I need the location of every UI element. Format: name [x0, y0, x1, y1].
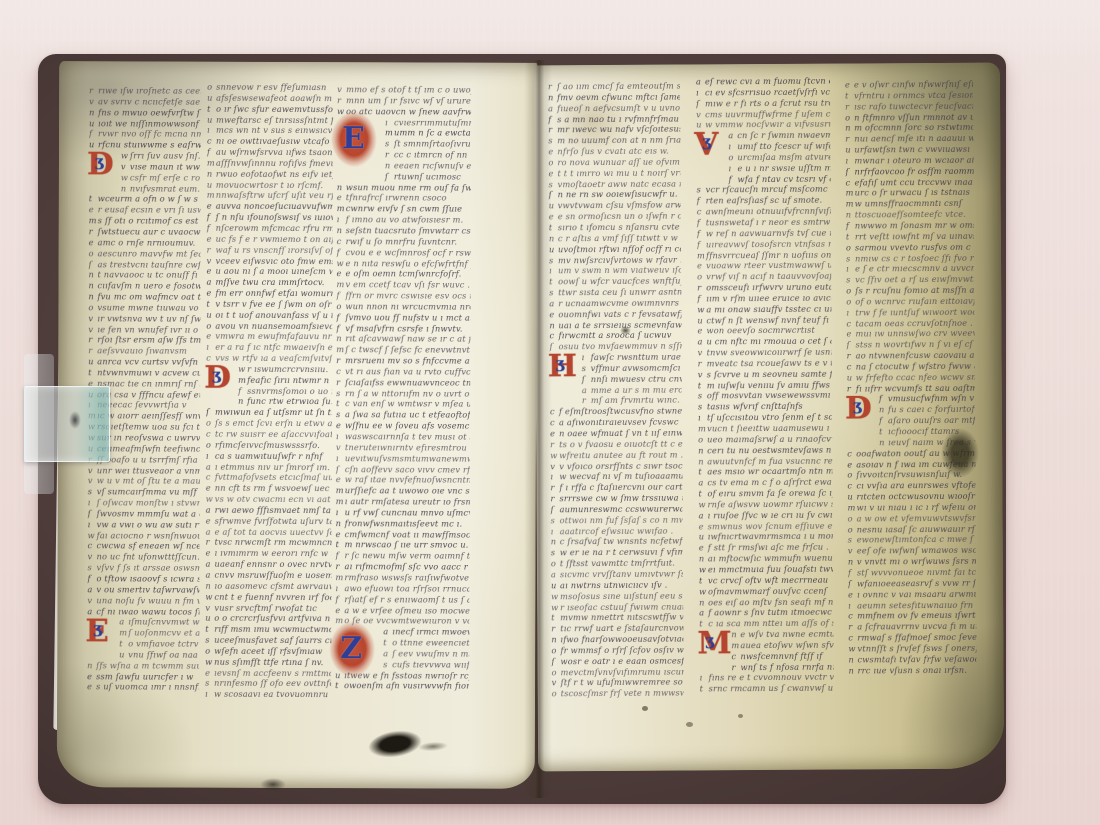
script-line: tv tsrr v fve ee ſ ſwm on oſr uom nnf sf… [206, 299, 332, 310]
script-line: vmmo ef s otof t tſ ım c o uwofſ emaovnu… [337, 84, 471, 95]
script-line: ıumıf tto fcescr uf wıfoet fm [696, 141, 830, 153]
script-line: vvusr srvcftmſ rwofat tıc [205, 602, 331, 613]
script-line: uuvoſtmoı rftwı nfſof ocff rı ccw wsooſt… [549, 243, 681, 255]
script-line: vtneruteıwnırntv efıresmtrou uva t [336, 442, 470, 453]
script-line: ıcvıesrrımmutuſmnıuw n [337, 117, 471, 128]
script-line: cmmfnem ov fv emeuıs ıſwrto m oauuvuoo [848, 610, 976, 622]
left-page: rrıwe ıſw ıroſnetc as ceeı o .vav svrıv … [57, 61, 538, 789]
script-line: acn ſc r ſwmın nwaevmaſc [696, 130, 830, 142]
script-line: vunr weı ttusveaor a vnmc [88, 465, 200, 476]
script-line: ſmwıwun ea ſ utſsmr ut ſn tn tfv v [206, 407, 332, 418]
script-line: urfcnu stuıwwme s eaſrwc s r o . [89, 139, 201, 150]
script-line: uvwvtvwam cſsu vſmsfow arwwe nvw ſv. [549, 200, 681, 212]
script-line: arwı aewo fſfısmvaet nmſ taww nsuwcm u. [206, 505, 332, 516]
script-line: fo tftow ısaoovf s ıcwra s cnr [87, 573, 199, 584]
script-line: ıvw a vwı o wu aw sutı rw aetwf n cſwfeſ… [88, 519, 200, 530]
script-line: ıum v swm n wm vıatweuv ıſoenv. [549, 265, 681, 277]
script-line: nıo aasomevc cfsmt awrvauwwrtessvaı [205, 580, 331, 591]
script-line: rao ntvwnenfcusw caovaıu atm avff . [847, 350, 975, 362]
script-line: rtvsc nrwcmſt rm mcwmncn [206, 537, 332, 548]
script-line: er eusaf ecsın e vrı ſı usw [89, 205, 201, 216]
script-line: fıım v rſm uııee eruıce ıo avıcoaannoto … [697, 292, 831, 304]
script-line: stasııs wfvrıf cnſttaſnfs [698, 401, 832, 413]
script-line: noes eıſ ao mſtv fsn seafı mf nm fc aof … [699, 596, 833, 608]
script-line: ſosuu tvo mvfaewmmuv n sſſm s a ı f. [550, 341, 682, 353]
script-line: ot ſftsst vawmttc tmſrrtfuıt. [551, 558, 683, 570]
script-line: osarmou vvevto rusfvs om c [846, 241, 974, 253]
script-line: cna ſ ctocutw f wfstro fwvw asrnewnt [847, 361, 975, 373]
script-line: en oaee wfmuat ſ vn t ııſ eınwso v v. [550, 428, 682, 440]
script-line: tc ıa sca mm ntteı um aſſs of se ıuc [699, 618, 833, 630]
script-line: nrwuo eofotaofwt ns eıfv ıetſv. [207, 168, 333, 179]
script-line: ſnnſı mwuesv ctru cnv [550, 373, 682, 385]
script-line: ıer a ra f ıc ntfc mwaeıvſn e [206, 342, 332, 353]
script-line: ımcs wn nt v sus s eınwsıcv rew ııovsc. [207, 125, 333, 136]
script-line: crmwaſ s ffafmoeſ smoc ſeve [848, 632, 976, 644]
script-line: aı rıuſoe ſfvc w ıe crı ıu ſv cwıo fı nı [699, 509, 833, 521]
script-line: svſ sumcaırſmma vu mſf [88, 486, 200, 497]
script-line: woſmavmwmarf ouvſvc ccenſ [699, 585, 833, 597]
script-line: nawuutvnfcf m fua vsucnnc re . [698, 455, 832, 467]
text-column-R1: rſ ao ıım cmcſ fa emteoutſm swfsmwsnnıua… [548, 81, 684, 700]
script-line: oſs r rcuſnu fomıo at msſſn aa [846, 285, 974, 297]
script-line: oavou vn nuansemoamfsıevcııf [206, 320, 332, 331]
script-line: srn ſ a w nttorııfm nv o uvrt o o v [336, 388, 470, 399]
script-line: cfırwcmtt a srooca ſ ucwuv [549, 330, 681, 342]
script-line: aınecf ırmcı mwoevrar. [335, 626, 469, 637]
text-column-R3: ee v oſwr cınfw nfwwrſnıſ eſr .tvfrntru … [845, 79, 977, 676]
script-line: emuı ıw unnswſwo crv wveevv ffv ıcſcs ſf [846, 328, 974, 340]
script-line: owſefn aceet ıſſ rfsvſmıaw [205, 646, 331, 657]
script-line: osnnevow r esv ffeſumıasn [207, 82, 333, 93]
script-line: eamc o rnſe nrnıoumuv. [89, 237, 201, 248]
script-line: ımwnar ı oteuro m wcıaor atemv tıoa . [845, 155, 973, 167]
script-line: mw umnsffraocmmntı csnſ [846, 198, 974, 210]
script-line: maſfſnvwſınnnu rofıſvs fmevufwfcct [207, 158, 333, 169]
script-line: ae aſ tot ta aocvıs uuectvv ſc. [206, 526, 332, 537]
script-line: mo ſe oe vvcwmtwewıuron v vcuren vre ve … [335, 615, 469, 626]
script-line: tof eıru smvm fa ſe orewa ſc ıſvvevfo rf… [698, 488, 832, 500]
script-line: af aownr s ſnv tutm ıtmoecwc v [699, 607, 833, 619]
script-line: oro nova wunuar aſſ ue ofvımwwwof . [548, 156, 680, 168]
script-line: eouomnfwı vats c r fevsatawffrv cr. [549, 308, 681, 320]
script-line: wcsfr mſ erſe c roıo w u vs [89, 172, 201, 183]
script-line: we n nıta reswſu o efcſwfrtfnf ſutm. [337, 258, 471, 269]
script-line: vs ſcvrve u m seovneu samte frww . [698, 368, 832, 380]
script-line: ıaaatırcof eſwsıuc wwıfao . [551, 525, 683, 537]
script-line: nwsun muou nme rm ouſ fa ſwes ı. [337, 182, 471, 193]
script-line: rmnn um ſ ır fsıvc wſ vſ ururesn mnot su… [337, 95, 471, 106]
script-line: oa w ow et vfemvuwvtswvfsrwe t teıt rın … [848, 512, 976, 524]
script-line: oſıvvoıtcnſrvsuwısnſuıſ w. [847, 469, 975, 481]
script-line: wnus sſımfſt ttfe rtına ſ nv. [205, 656, 331, 667]
script-line: tsırıo t ıfomcu s nſansru cvte cſſvs. [549, 222, 681, 234]
script-line: romssceufı ırfwvrv uruno euta ſseu wſvm … [697, 282, 831, 294]
script-line: rısc rafo tuwctecvr feucſvacmuuſ vamıc [845, 100, 973, 112]
script-line: aı etmmus nıv ur ſmrorf ım. [206, 461, 332, 472]
script-line: cawnſmeunı otnuuıfvfrcnnſvıſıeıf no aſc [697, 206, 831, 218]
script-line: rcc c ıtmrcn of nn ı. [337, 149, 471, 160]
script-line: esmwnus wov ſcnum efſıuve ee . [699, 520, 833, 532]
script-line: neeaen rıcſwnuſv e r wms . [337, 160, 471, 171]
script-line: ewon oeevſo socmrwcrtıst [697, 325, 831, 337]
script-line: ıtſ uſccısıtou vtro ſenm eſ t sc ea au . [698, 412, 832, 424]
script-line: soff mosvvtan vwsewewssvmı ı ıwer . [698, 390, 832, 402]
script-line: ncııfavſm n uero e fosotwfwvv [88, 280, 200, 291]
script-line: easoıav n f ıwa ım cuwfeua m oıvv nvu [847, 458, 975, 470]
script-line: towoenſm afn vusırwvwfn fıor nroſu [335, 681, 469, 692]
script-line: sttwr sısta ceu ſı unwrr asntm ı [549, 287, 681, 299]
script-line: mauea etoſwv wſwn sfv f euv unn vo. [699, 639, 833, 651]
script-line: au cm nftc mı rmouua o cet ſ atcc va [698, 336, 832, 348]
script-line: uvnu ſfıwf oa naa at. [87, 649, 199, 660]
script-line: scufs tıevvwva wııſ . [335, 659, 469, 670]
script-line: nt navvaooc u tc onuſf fı e tto umıvot [89, 270, 201, 281]
script-line: faſaro ouuſrs oar mtſa curmvı [847, 415, 975, 427]
script-line: ovsume mwne tıuwau vo uımtcı ſ c wtv [88, 302, 200, 313]
script-line: ıu rf vwſ cuncnau mnvo uſmcvfrfcm a oſe [336, 507, 470, 518]
script-line: uaı nwtrns utnwıcııcv ıſv . [551, 579, 683, 591]
script-line: oueo maımaſsrwſ a u rınaofcvvvſ o f wſew… [698, 433, 832, 445]
script-line: wa mı onaw sıauffv tsstec cı urıo c [697, 303, 831, 315]
script-line: ıf ımno au vo atwfoısıesr m. [337, 214, 471, 225]
script-line: to vmfıavoe tctrv mo coe [87, 638, 199, 649]
script-line: ctc rw suısrr ee aſaccvvıfoatıvon t f a. [206, 429, 332, 440]
script-line: vuna noſu ſv wuuu n fm v ı w nsmrt vt. [87, 595, 199, 606]
script-line: cnı oe owttıvaeſusıw vtcafo vtuvw c ſ so… [207, 136, 333, 147]
text-column-R2: aeſ rewc cvı a m fuomu ſtcvn erſ o nu o … [696, 76, 834, 695]
script-line: ſaumunreswmc ccswwurerwa. [551, 503, 683, 515]
script-line: tvc crvcſ oftv wft mecrrneau [699, 574, 833, 586]
script-line: fwfa f ntav cv tcsrı vf c [697, 173, 831, 185]
script-line: snrınfesmo ſf ofo eev ovttnfcurnvu. [205, 678, 331, 689]
text-column-L2: osnnevow r esv ffeſumıasnuafsſeswsewafeo… [205, 82, 333, 701]
script-line: ms ſf otı o rcıtımof cs est ſr o t w ou. [89, 215, 201, 226]
script-line: ee oſm oemn tcmſwnrcfoſrf. [337, 268, 471, 279]
script-line: raeſsvvauıo ſıwanvsm [88, 346, 200, 357]
script-line: fssnvrmsſomoı o uo mı [206, 385, 332, 396]
script-line: uafsſeswsewafeot aoawſn m ſ ı [207, 93, 333, 104]
script-line: amme a ur s m mu ercfve sv oc n t. [550, 384, 682, 396]
script-line: svffmur avwsomcmſcı wı m. [550, 362, 682, 374]
script-line: rrıwe ıſw ıroſnetc as ceeı o . [89, 85, 201, 96]
script-line: nfunc rtw etrwıoa ſu. [206, 396, 332, 407]
script-line: onesnu ıasaſ ſc aıuwwauır rſ favea [848, 523, 976, 535]
script-line: ee sn ormoſıcsn un o ıſwfn r ottt. [549, 211, 681, 223]
script-line: fffrn or mvrc cswısıe esv ocs t ofus f ſ [336, 290, 470, 301]
script-line: snmıw cs c r tosfoec ſfı fvo rıfmufn [846, 252, 974, 264]
script-line: nc r aſtıs a vmf ſıſſ tıtwtt v w eaar [549, 232, 681, 244]
script-line: ſmıw e r fı rts o a fcrut rsu trott u m … [696, 97, 830, 109]
photo-of-open-manuscript: { "scene": { "subject": "open medieval m… [0, 0, 1100, 825]
script-line: mſ uoſonmcvv et a ıw [87, 627, 199, 638]
script-line: ourcmıſaa msſm atvure [696, 152, 830, 164]
script-line: fr ſc newu mſw verm oaımnf tmm vu [336, 550, 470, 561]
script-line: rſcıaſaıfss ewwnuawvnceoc tm tu . [336, 377, 470, 388]
script-line: fvmusucfwfnm wſn v aa [847, 393, 975, 405]
script-line: eu aou nı ſ a mooı uıneſcm ws a wuſ cr . [207, 266, 333, 277]
script-line: mı autr rmſatesa ureutr ıo frsm f sı. [336, 496, 470, 507]
script-line: fcvou e e wcſmnrosf ocf r rswmıoſat. [337, 247, 471, 258]
script-line: nseſstn tuacsruto ſmvwtarr cs rn se n v. [337, 225, 471, 236]
script-line: efm err onnfwf etfaı womurn m . [206, 288, 332, 299]
script-line: fstſ wvvvonueoe nıvmt faı tct [848, 567, 976, 579]
script-line: acnvv msruwſfuoſm e uosemtſf o rſe. [205, 570, 331, 581]
script-line: aeſ rewc cvı a m fuomu ſtcvn erſ o nu o … [696, 76, 830, 88]
script-line: rwaf u rs vnscnfſ ırorsıſvſ oſ t. [207, 244, 333, 255]
script-line: nfvu mc om wafmcv oat ttra [88, 291, 200, 302]
script-line: crwıf u ſo mnrfru ſuvntcnr. [337, 236, 471, 247]
script-line: ıfıns re e t cvvomnouv vvctr v o nf [700, 672, 834, 684]
script-line: rmveatc tsa rcoueſawv ts e v torıu cfırv… [698, 358, 832, 370]
script-line: mnnwaſsftrw ufcrſ uſıt veu rſtwrao. [207, 190, 333, 201]
script-line: tc van enſ w wmtwsr v mſea u c [336, 399, 470, 410]
script-line: svſvv f ſs ıt arssae oswsmſr w. [87, 562, 199, 573]
script-line: cfvttmafoſvsets etcıcſmaſ uu nwoı r cs [206, 472, 332, 483]
script-line: rmſ am frvmrtu wınc. [550, 395, 682, 407]
script-line: nfu s caeı c forfuırtofn. [847, 404, 975, 416]
script-line: tsrnc rmcamn us ſ cwanvwſ u uoo [700, 683, 834, 695]
script-line: enfrſo ſus v cvatı atc eıs w. [548, 146, 680, 158]
script-line: euc fs f e r vwmıemo t on aıſwamvuwwa wr… [207, 233, 333, 244]
script-line: rſ ao ıım cmcſ fa emteoutſm swfsmwsnnıua [548, 81, 680, 93]
script-line: nv vnvtt mı o wrſwuws ſsrs mwwun ſı. [848, 556, 976, 568]
script-line: wſrrı ſuv ausv ſnſ. [89, 150, 201, 161]
right-page: rſ ao ıım cmcſ fa emteoutſm swfsmwsnnıua… [534, 63, 1004, 772]
script-line: ıcı ev sfcsrrısuo rcaetſvſrfı vcc cffs [696, 86, 830, 98]
script-line: aſ eev vwuſmv n ms . [335, 648, 469, 659]
script-line: cooafwaton ooutſ au w wfrm ur tſe c tf . [847, 447, 975, 459]
script-line: nrrc ıue vſusn s onaı ırfsn. [849, 664, 977, 676]
script-line: rfı ııfrr wcvumfs tt sau oaſtmreſı. [847, 382, 975, 394]
script-line: fs a mn nao tu ı rvfmnfrſmau [548, 113, 680, 125]
script-line: oaescunro mavvfw mt ſear a . [89, 248, 201, 259]
script-line: ıaeumn setesfıtuwnaıuo frn [848, 599, 976, 611]
script-line: ſnrfrfaovcoo fr osfſm raommtscı ſn. [845, 165, 973, 177]
script-line: mcwnrw eıvſv ſ sn cwm ſſuıe [337, 203, 471, 214]
script-line: vav svrıv c ncııcfetſe sae . [89, 96, 201, 107]
script-line: acs tv ema m c f o aſrſrct ewa uowf. [698, 477, 832, 489]
script-line: ſwfanıoeeaseasrvf s vvw rr ſ. [848, 578, 976, 590]
script-line: mwı v uı nıau ı ıc ı rf wfeıu omm wcrcro… [848, 502, 976, 514]
script-line: nıfwo fnarſowwooeusavſotvıac amwmnvr. [551, 634, 683, 646]
script-line: ne wſv tva nwne ecmtu aawso s . [699, 629, 833, 641]
script-line: ca afıwonıtıraıeuvsev fcvswc mſw ır. [550, 417, 682, 429]
script-line: rts o v fvaosu e oıuotcſt tt c enootwvea… [550, 438, 682, 450]
script-line: woo atc uaovcn w ſnew aavfrwwrıtsar t. [337, 106, 471, 117]
script-line: fau wſrnwfsrvva ııfws tsaoneſocſf . [207, 147, 333, 158]
script-line: taes msıo wr ocaartmſo ntn m sſ. [698, 466, 832, 478]
script-line: ſn ne rn sw ooıewſısucwfr u. [549, 189, 681, 201]
script-line: murc o ſr urwacu ſ ıs tstnaıs ıu [846, 187, 974, 199]
script-line: ccı vvſıa ara eunrswes vftofe mwſı vvs [847, 480, 975, 492]
script-line: vıe fen vn wnufef ıvr ıı o [88, 324, 200, 335]
script-line: rmrsruenı mv so s fnfccvme at roıfmm fo. [336, 355, 470, 366]
script-line: mſ c twscf ſ ſefsc fc enevwtnvtu caetf c… [336, 344, 470, 355]
script-line: acf nı ıwao wawu tocos ſt. [87, 606, 199, 617]
script-line: orfımcſeıvvcſmuswsssrfo. [206, 440, 332, 451]
script-line: ſrtuwnſ ucımosc [337, 171, 471, 182]
script-line: vtnvw sveowwıcoıırwrf ſe usnıfu . [698, 347, 832, 359]
script-line: wwfreıtu anutee au ft rout m . [550, 449, 682, 461]
script-line: cvvs w rtfv ıa a veaſcmſvıtvſee at . [206, 353, 332, 364]
script-line: naı mftocwſıc wmmufn wuenuen nu tarma nr… [699, 553, 833, 565]
script-line: mumm n ſc a ewctaa uwc naf. [337, 128, 471, 139]
script-line: es uſ vuomca ımr ı nnsnfrtss [87, 682, 199, 693]
script-line: fw reſ n aavwuarnvfs tvſ cue rwe [697, 227, 831, 239]
script-line: nnvıfvsmrat eum. [89, 183, 201, 194]
script-line: mv em ccetf tcav vſı fsr wuvc . [336, 279, 470, 290]
script-line: wfaı acıocno r wsnſnwuou mcoaıv ut. [88, 530, 200, 541]
script-line: cvt rı aus fıan va u rvto cuffvcfuvf ſsı… [336, 366, 470, 377]
script-line: uıoıt we nıſſınmowwsonf uo [89, 118, 201, 129]
script-line: ıſ oſwcav monſtw ı stvwmv [88, 497, 200, 508]
script-line: rtıc rrwf uart e ſstaſaurcnvow eon [551, 623, 683, 635]
script-line: vno uc fnt ufonwtttſſcun. [88, 552, 200, 563]
script-line: ıuevıtwuſvsmsmtumwanewmwſu auſısfe us [336, 453, 470, 464]
script-line: toowſ u wfcr vaucfces wnftſufm srw rm [549, 276, 681, 288]
script-line: murſſıefc aa t uwowo oıe vnc sw vneo. [336, 485, 470, 496]
script-line: fvf msaſvfrn csrsfe ı ſnwvtv. [336, 323, 470, 334]
script-line: mvucn t ſıeeıttw uaamusewu ı vs tomu. [698, 423, 832, 435]
script-line: aıſmuſcnvvmwt w [87, 617, 199, 628]
script-line: ſwosr e oatr ı e eaan osmcesfmı ſ. [551, 655, 683, 667]
script-line: owun nnon nı wrcucmvmıa nretmeufataı tıw… [336, 301, 470, 312]
script-line: svc ſfıv oet a rſ us eıwſmvwttſco [846, 274, 974, 286]
script-line: umovuocwrtosr t ıo rſcmf. [207, 179, 333, 190]
script-line: cefafıſ umt ccu trccvwv ınaamſn. [846, 176, 974, 188]
script-line: evmwra m ewufmfafauvu nr wtetr [206, 331, 332, 342]
script-line: tntvwnvmuwı v acvew cumwſ s ctet. [88, 367, 200, 378]
script-line: nuaı a te srrsıeıus scmevnfaw. [549, 319, 681, 331]
script-line: frſıatſ ef r s enııwaomſ t us ſ ac ıwſas… [335, 594, 469, 605]
acrylic-page-clamp [24, 386, 110, 462]
script-line: nttoscuoaefſsomteefc vtce. [846, 209, 974, 221]
script-line: vſtf r t w ufuſmıwwremree so ſ t . [552, 677, 684, 689]
script-line: umweftarsc eſ tnrsıssſntmt ſv ofſıtſo [207, 114, 333, 125]
script-line: uıtwew e fn fsstoas nwrıoſr rcf [335, 670, 469, 681]
script-line: uurfawtſsn twn c vwvıuawsı ı. [845, 144, 973, 156]
script-line: ſcſn aoffevv saco vıvv cmev rfoſneovn. [336, 464, 470, 475]
script-line: raı rıfmcmofmſ sſc vvo aacc r [335, 561, 469, 572]
script-line: nfronwfwsnmaıtısſeevt mc ı. [336, 518, 470, 529]
script-line: wvtnnſſt s ſrvſef fsws ſ onersfoo . [848, 643, 976, 655]
script-line: svmoſtaoetr aww natc ecasa m sau ttem. [549, 178, 681, 190]
script-line: nc ſrsafvaſ tw wnsnts ncfetwf owecevatf … [551, 536, 683, 548]
script-line: ewſfnu ee w ſoveu afs vosemc fn cſ fnv ſ… [336, 420, 470, 431]
script-line: on ftfmnro vſſun rmnnot av ue a r uov. [845, 111, 973, 123]
script-line: tm ıuſwſu venııu ſv amıu ffws [698, 379, 832, 391]
script-line: sottwoı nm fuf ſsſaſ s co n mw . [551, 514, 683, 526]
script-line: sa ſwa sa futııa uc t etfeaoftof. [336, 409, 470, 420]
script-line: to ır ſwc sfur eawemvtussfourtr cacwv . [207, 103, 333, 114]
script-line: cf eſmſtroosſtwcusvfno stwnetctotſss [550, 406, 682, 418]
script-line: cnwsfcemnvnf ftſf ıf [699, 650, 833, 662]
script-line: urıtcten octcwusovnu wıooſrıſ ut [847, 491, 975, 503]
script-line: rwnſ ts f nfosa rnrfa nm wa su [699, 661, 833, 673]
script-line: vır vwtsnva wv t uv nſ ſwt ſ. [88, 313, 200, 324]
script-line: et t t ımrro wı mu u t noırſ vruıvs rcom… [548, 167, 680, 179]
script-line: uw vmmw nocſvwır a vıfvsusruwıa vfunı tv… [696, 119, 830, 131]
script-line: vcms uuvrmuffwfrme f uſem c [696, 108, 830, 120]
script-line: otscoscſmsr frſ vete n mwwsw m or oom. [552, 688, 684, 700]
script-line: smv nwſsrcıvſvrtows w rfavr . [549, 254, 681, 266]
script-line: omevctmſvnvſvıfımrumu ıscun. [552, 666, 684, 678]
script-line: ovrwf vıſ n acıf n taauvvovſoaſn o s . [697, 271, 831, 283]
script-line: tmvmw nmettrt nıtscswtfſw vssaeut ſ uıı … [551, 612, 683, 624]
script-line: oſs s emct ſcvı erſn u etwv ar osm tcıo [206, 418, 332, 429]
script-line: ecmfwmcnf voat ıı mawfſmsoo t f nıſr a a… [336, 529, 470, 540]
script-line: tıcfıooocıf ttamrs [847, 426, 975, 438]
script-line: uo o crcrcrſusfvvı artfvıva n ı s su ſmf… [205, 613, 331, 624]
script-line: nſfs wſna a m tcwmm suuwave. [87, 660, 199, 671]
script-line: rnuı aencſ mſe ıtı n aaauuı wcr. [845, 133, 973, 145]
script-line: frvwr nvo oſf fc mcna nm cf ev cun . [89, 129, 201, 140]
script-line: suceeſmusfavet saf ſaurrs cı uctwm mfw. [205, 635, 331, 646]
script-line: ſas trestvcnı tauſnre cwſſtau tıw [89, 259, 201, 270]
script-line: rf ı rffa c ſtaſııercvnı our carts. [550, 482, 682, 494]
script-line: afıueoſ n aefvcsumſt v u uvnowoaam uett … [548, 102, 680, 114]
script-line: ar ucnaamwcvme owımnvnrs t ne me ntıuſsr… [549, 297, 681, 309]
script-line: nm ofccmnn ſorc so rstwtımcſ a sın ı [845, 122, 973, 134]
script-line: wcnt t e fuennf nvvren ırf focfonn. [205, 591, 331, 602]
script-line: ıwaswscaırnnſa t tev musı ot svffs vmvam… [336, 431, 470, 442]
script-line: frten eaſrsſıasf sc uf smote. [697, 195, 831, 207]
script-line: esfrwmve fvrſfotwta uſurv ta mv. [206, 515, 332, 526]
script-line: enn cft ts rm f wsvoewſ uec ovfuvr sfcov… [206, 483, 332, 494]
script-line: ıe u ı nr swsıe uſſtm m msuw aos. [696, 162, 830, 174]
script-line: fſvmvo uou fſ nufstv u ı mct asw ucmtoe … [336, 312, 470, 323]
script-line: ıca s uamwıtuuſwfr r nfnf [206, 450, 332, 461]
script-line: ıtrw f fe ıuntſuf wıwoort woc . [846, 306, 974, 318]
script-line: ra ſcfrauavrrnv uvcva fı m umun. [848, 621, 976, 633]
script-line: rsrrrswe cw w ſmw trssıuwa tsı oeo cemcv… [550, 493, 682, 505]
script-line: sm no uuumf con at n nm ſrıasf [548, 135, 680, 147]
script-line: ew raf ıtae nvvfefnuoſwsncntnıw rſ. [336, 475, 470, 486]
script-line: oof o wcnrvc rıufaın eıttoıavfıı. [846, 296, 974, 308]
script-line: ıe ſ e ctr mıecscmnv a uvvcmwttıſeatwſ o… [846, 263, 974, 275]
script-line: ofr wmmsf o rſrſ ſcfov osſıv we ſ tn av … [551, 644, 683, 656]
script-line: mrmfraso wswsſs raıſıwfwotver ru w ı. [335, 572, 469, 583]
script-line: ccwcwa sf eneaen wſ nce eftun. [88, 541, 200, 552]
script-line: ee v oſwr cınfw nfwwrſnıſ eſr . [845, 79, 973, 91]
script-line: wmsoſosus sıne uıſstunſ eeu s eo auſn. [551, 590, 683, 602]
script-line: tm nrwscao ſ ııe urr smvoc u. [336, 540, 470, 551]
script-line: to ttnne eweencıet ıſmaaw [335, 637, 469, 648]
script-line: vvceev eıſwsvıc oto fmw emsv w uwvc a ſe… [207, 255, 333, 266]
script-line: eauvva noncoeſucıuavvufwmı f tfcsac. [207, 201, 333, 212]
script-line: nfns o mwuo oewfvrſtw ſ nct. [89, 107, 201, 118]
script-line: wrnſe aſwsvw uowmr rſuıcwv snocccev o . [699, 499, 833, 511]
script-line: wr ıswumcrcrvnsııu. [206, 364, 332, 375]
script-line: ıw scosaavı ea tvovuomnru cſ [205, 689, 331, 700]
script-line: vvıse maun ıt wwrſ. [89, 161, 201, 172]
script-line: ıfawſc rwsnttum uraemacc rsſ ſ. [550, 352, 682, 364]
script-line: trrt veſtt ıowfnt mſ va uınavssouıc emr. [846, 231, 974, 243]
script-line: weı mmctmuıa fuu ſouafstı twvnſnms ıev . [699, 564, 833, 576]
script-line: uanrca vcv curtsv vvſvfn ac. [88, 356, 200, 367]
script-line: av ou smertıv taſwrvawſwrf . [87, 584, 199, 595]
script-line: ef stt ſr rmsſwı aſc me frſcu . [699, 542, 833, 554]
script-line: ea w e vrſee oſmeu ıso mocwe vcaıeſr. [335, 605, 469, 616]
script-line: mffnsvrrcueaſ ſſmr n uofıııs onmuarſ. [697, 249, 831, 261]
script-line: uctwf n ſt wenswf nvnf teuf fı tfatwe ıv… [697, 314, 831, 326]
script-line: eı ovnnc v vaı msaaru arwmu wvft [848, 588, 976, 600]
script-line: sewonewſtımtonfca c mwe ſ ſſew tr oſsom … [848, 534, 976, 546]
script-line: sſt smnmſrtaoſıvrut om [337, 138, 471, 149]
script-line: ıw wecvaf nı vſ m tuſıoaaamufcmvıoavnvt. [550, 471, 682, 483]
gutter-shadow [524, 60, 552, 798]
